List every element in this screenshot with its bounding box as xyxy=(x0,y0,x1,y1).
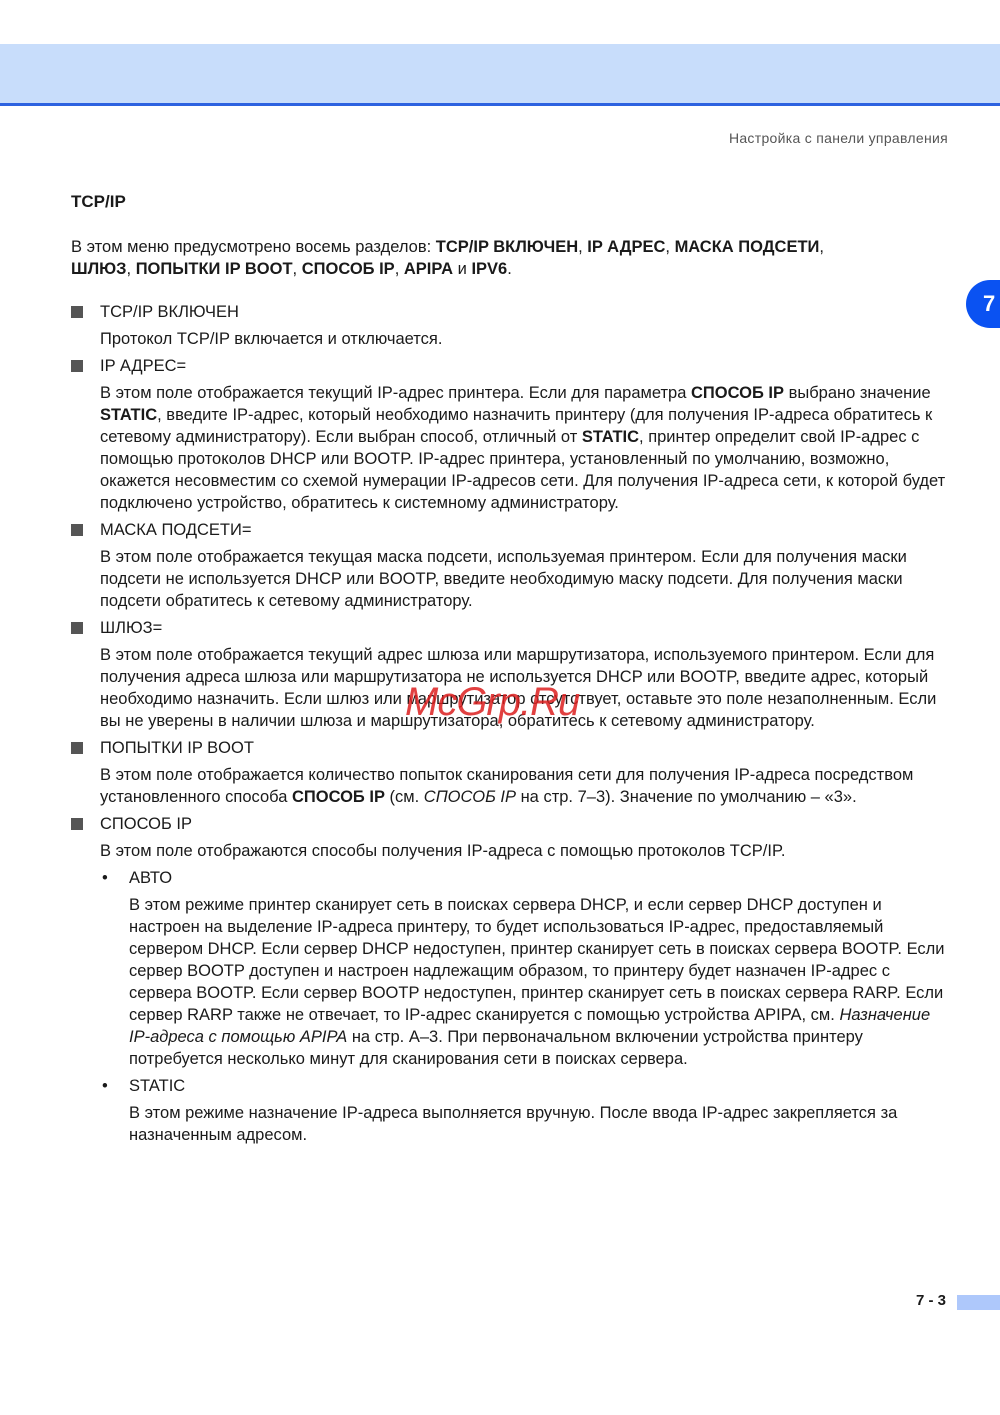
list-item-heading: TCP/IP ВКЛЮЧЕН xyxy=(100,301,951,323)
item-title: IP АДРЕС= xyxy=(100,357,186,375)
running-header: Настройка с панели управления xyxy=(729,130,948,146)
list-item-description: В этом поле отображается количество попы… xyxy=(100,764,951,808)
intro-term: IPV6 xyxy=(471,260,507,278)
intro-term: МАСКА ПОДСЕТИ xyxy=(675,238,820,256)
intro-term: ПОПЫТКИ IP BOOT xyxy=(136,260,293,278)
list-item-heading: МАСКА ПОДСЕТИ= xyxy=(100,519,951,541)
item-title: TCP/IP ВКЛЮЧЕН xyxy=(100,303,239,321)
intro-sep: , xyxy=(293,260,302,278)
body-text: (см. xyxy=(385,788,424,806)
header-band xyxy=(0,44,1000,106)
square-bullet-icon xyxy=(71,524,83,536)
item-title: СПОСОБ IP xyxy=(100,815,192,833)
body-term: STATIC xyxy=(582,428,639,446)
intro-sep: , xyxy=(127,260,136,278)
round-bullet-icon: • xyxy=(102,1075,108,1097)
item-title: МАСКА ПОДСЕТИ= xyxy=(100,521,252,539)
page-number: 7 - 3 xyxy=(916,1292,946,1309)
intro-term: ШЛЮЗ xyxy=(71,260,127,278)
round-bullet-icon: • xyxy=(102,867,108,889)
list-item-description: В этом поле отображается текущий IP-адре… xyxy=(100,382,951,514)
intro-sep: , xyxy=(395,260,404,278)
intro-term: СПОСОБ IP xyxy=(302,260,395,278)
intro-sep: , xyxy=(578,238,587,256)
sub-item-title: STATIC xyxy=(129,1077,185,1095)
list-item-heading: IP АДРЕС= xyxy=(100,355,951,377)
intro-term: TCP/IP ВКЛЮЧЕН xyxy=(436,238,578,256)
body-term: СПОСОБ IP xyxy=(292,788,385,806)
intro-sep: и xyxy=(453,260,471,278)
page-content: TCP/IP В этом меню предусмотрено восемь … xyxy=(71,190,951,1151)
body-term: STATIC xyxy=(100,406,157,424)
intro-term: APIPA xyxy=(404,260,453,278)
chapter-tab: 7 xyxy=(966,280,1000,328)
list-item-heading: ШЛЮЗ= xyxy=(100,617,951,639)
intro-term: IP АДРЕС xyxy=(587,238,665,256)
square-bullet-icon xyxy=(71,742,83,754)
intro-sep: , xyxy=(819,238,824,256)
intro-text: В этом меню предусмотрено восемь раздело… xyxy=(71,238,436,256)
list-item-description: В этом поле отображаются способы получен… xyxy=(100,840,951,862)
square-bullet-icon xyxy=(71,306,83,318)
footer-bar xyxy=(957,1295,1000,1310)
list-item-description: Протокол TCP/IP включается и отключается… xyxy=(100,328,951,350)
sub-item-title: АВТО xyxy=(129,869,172,887)
sub-item-description: В этом режиме назначение IP-адреса выпол… xyxy=(129,1102,951,1146)
body-text: В этом режиме принтер сканирует сеть в п… xyxy=(129,896,945,1024)
list-item-heading: СПОСОБ IP xyxy=(100,813,951,835)
intro-sep: , xyxy=(665,238,674,256)
body-text: выбрано значение xyxy=(784,384,931,402)
square-bullet-icon xyxy=(71,622,83,634)
list-item-heading: ПОПЫТКИ IP BOOT xyxy=(100,737,951,759)
intro-paragraph: В этом меню предусмотрено восемь раздело… xyxy=(71,236,951,280)
intro-sep: . xyxy=(507,260,512,278)
list-item-description: В этом поле отображается текущая маска п… xyxy=(100,546,951,612)
cross-reference-link[interactable]: СПОСОБ IP xyxy=(424,788,516,806)
body-text: на стр. 7–3). Значение по умолчанию – «3… xyxy=(516,788,857,806)
square-bullet-icon xyxy=(71,360,83,372)
item-title: ШЛЮЗ= xyxy=(100,619,162,637)
watermark: McGrp.Ru xyxy=(405,680,579,725)
body-term: СПОСОБ IP xyxy=(691,384,784,402)
square-bullet-icon xyxy=(71,818,83,830)
section-title: TCP/IP xyxy=(71,190,951,214)
item-title: ПОПЫТКИ IP BOOT xyxy=(100,739,254,757)
body-text: В этом поле отображается текущий IP-адре… xyxy=(100,384,691,402)
sub-item-heading: •STATIC xyxy=(129,1075,951,1097)
sub-item-heading: •АВТО xyxy=(129,867,951,889)
sub-item-description: В этом режиме принтер сканирует сеть в п… xyxy=(129,894,951,1070)
